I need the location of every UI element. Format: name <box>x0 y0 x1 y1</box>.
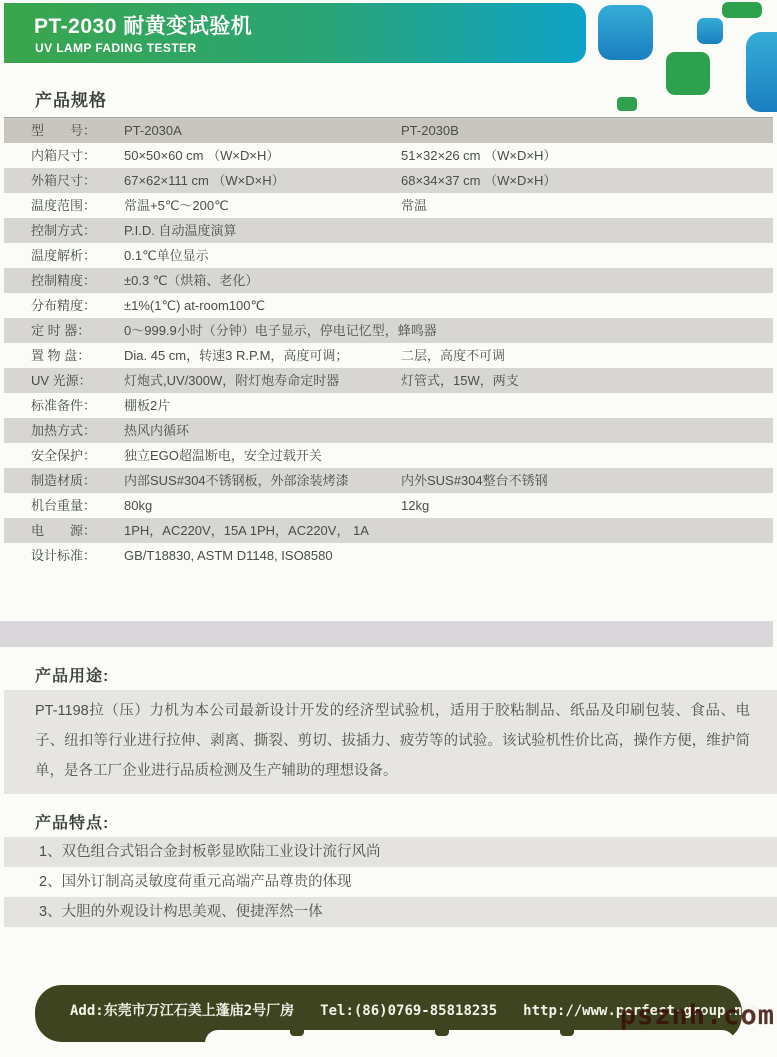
spec-row-value: GB/T18830, ASTM D1148, ISO8580 <box>124 543 401 568</box>
watermark: psznh.com <box>620 1000 775 1031</box>
spec-row-label: 温度解析： <box>4 243 124 268</box>
spec-row-value: 80kg <box>124 493 401 518</box>
footer-address: Add:东莞市万江石美上蓬庙2号厂房 <box>70 1003 294 1019</box>
spec-row-value: ±1%(1℃) at-room100℃ <box>124 293 401 318</box>
spec-row-value: ±0.3 ℃（烘箱、老化） <box>124 268 401 293</box>
spec-row-value: 1PH，AC220V，15A 1PH，AC220V， 1A <box>124 518 401 543</box>
spec-row-value: 棚板2片 <box>124 393 401 418</box>
spec-row-value: 50×50×60 cm （W×D×H） <box>124 143 401 168</box>
features-section: 产品特点: 1、双色组合式铝合金封板彰显欧陆工业设计流行风尚2、国外订制高灵敏度… <box>4 810 777 927</box>
spec-row-value: PT-2030A <box>124 118 401 143</box>
spec-row-value: 热风内循环 <box>124 418 401 443</box>
spec-row-value: PT-2030B <box>401 118 773 143</box>
spec-row-value: 独立EGO超温断电，安全过载开关 <box>124 443 401 468</box>
footer-notch <box>205 1030 735 1043</box>
spec-row: 控制精度：±0.3 ℃（烘箱、老化） <box>4 268 773 293</box>
spec-row-label: 置 物 盘： <box>4 343 124 368</box>
spec-row-value: 内外SUS#304整台不锈钢 <box>401 468 773 493</box>
spec-row-value: 二层，高度不可调 <box>401 343 773 368</box>
spec-row: 型 号：PT-2030APT-2030B <box>4 118 773 143</box>
spec-row-value: 0～999.9小时（分钟）电子显示，停电记忆型，蜂鸣器 <box>124 318 401 343</box>
spec-row: 温度解析：0.1℃单位显示 <box>4 243 773 268</box>
spec-row-value: 51×32×26 cm （W×D×H） <box>401 143 773 168</box>
spec-row-label: 标准备件： <box>4 393 124 418</box>
spec-row-value: Dia. 45 cm，转速3 R.P.M，高度可调； <box>124 343 401 368</box>
spec-row: 加热方式：热风内循环 <box>4 418 773 443</box>
spec-row: 外箱尺寸：67×62×111 cm （W×D×H）68×34×37 cm （W×… <box>4 168 773 193</box>
spec-row: 控制方式：P.I.D. 自动温度演算 <box>4 218 773 243</box>
spec-row-label: 型 号： <box>4 118 124 143</box>
spec-row-label: 设计标准： <box>4 543 124 568</box>
spec-row-label: 加热方式： <box>4 418 124 443</box>
spec-row-label: 控制精度： <box>4 268 124 293</box>
spec-row-label: 控制方式： <box>4 218 124 243</box>
spec-table: 型 号：PT-2030APT-2030B内箱尺寸：50×50×60 cm （W×… <box>4 117 773 568</box>
specs-heading: 产品规格 <box>35 86 777 111</box>
spec-row-value: 12kg <box>401 493 773 518</box>
spec-row: 机台重量：80kg12kg <box>4 493 773 518</box>
spec-row-label: 外箱尺寸： <box>4 168 124 193</box>
spec-row-value: 常温 <box>401 193 773 218</box>
footer-tel: Tel:(86)0769-85818235 <box>320 1003 497 1019</box>
spec-row-label: 安全保护： <box>4 443 124 468</box>
spec-row: 安全保护：独立EGO超温断电，安全过载开关 <box>4 443 773 468</box>
spec-row-value: 0.1℃单位显示 <box>124 243 401 268</box>
spec-row-label: 机台重量： <box>4 493 124 518</box>
spec-row: 置 物 盘：Dia. 45 cm，转速3 R.P.M，高度可调；二层，高度不可调 <box>4 343 773 368</box>
spec-row-value: 内部SUS#304不锈钢板，外部涂装烤漆 <box>124 468 401 493</box>
spec-row: 标准备件：棚板2片 <box>4 393 773 418</box>
spec-row-value: P.I.D. 自动温度演算 <box>124 218 401 243</box>
document-page: PT-2030 耐黄变试验机 UV LAMP FADING TESTER 产品规… <box>0 0 777 1057</box>
feature-item: 3、大胆的外观设计构思美观、便捷浑然一体 <box>4 897 777 927</box>
feature-item: 2、国外订制高灵敏度荷重元高端产品尊贵的体现 <box>4 867 777 897</box>
spec-row-value: 67×62×111 cm （W×D×H） <box>124 168 401 193</box>
spec-row-label: 温度范围： <box>4 193 124 218</box>
footer-tab <box>290 1028 304 1036</box>
spec-row-label: 分布精度： <box>4 293 124 318</box>
spec-row-label: 制造材质： <box>4 468 124 493</box>
usage-paragraph: PT-1198拉（压）力机为本公司最新设计开发的经济型试验机，适用于胶粘制品、纸… <box>4 690 777 794</box>
main-content: 产品规格 型 号：PT-2030APT-2030B内箱尺寸：50×50×60 c… <box>0 0 777 927</box>
footer-tab <box>435 1028 449 1036</box>
spec-row-value: 灯管式，15W，两支 <box>401 368 773 393</box>
section-divider <box>0 621 773 647</box>
spec-row-value: 68×34×37 cm （W×D×H） <box>401 168 773 193</box>
spec-row: 温度范围：常温+5℃～200℃常温 <box>4 193 773 218</box>
spec-row-label: 电 源： <box>4 518 124 543</box>
spec-row: 内箱尺寸：50×50×60 cm （W×D×H）51×32×26 cm （W×D… <box>4 143 773 168</box>
footer-tab <box>560 1028 574 1036</box>
spec-row-label: UV 光源： <box>4 368 124 393</box>
spec-row-value: 常温+5℃～200℃ <box>124 193 401 218</box>
spec-row: 电 源：1PH，AC220V，15A 1PH，AC220V， 1A <box>4 518 773 543</box>
spec-row-value: 灯炮式,UV/300W，附灯炮寿命定时器 <box>124 368 401 393</box>
features-heading: 产品特点: <box>35 810 777 833</box>
spec-row: 设计标准：GB/T18830, ASTM D1148, ISO8580 <box>4 543 773 568</box>
spec-row: 制造材质：内部SUS#304不锈钢板，外部涂装烤漆内外SUS#304整台不锈钢 <box>4 468 773 493</box>
spec-row: 定 时 器：0～999.9小时（分钟）电子显示，停电记忆型，蜂鸣器 <box>4 318 773 343</box>
spec-row: 分布精度：±1%(1℃) at-room100℃ <box>4 293 773 318</box>
features-list: 1、双色组合式铝合金封板彰显欧陆工业设计流行风尚2、国外订制高灵敏度荷重元高端产… <box>4 837 777 927</box>
spec-row-label: 定 时 器： <box>4 318 124 343</box>
usage-section: 产品用途: PT-1198拉（压）力机为本公司最新设计开发的经济型试验机，适用于… <box>4 663 777 794</box>
feature-item: 1、双色组合式铝合金封板彰显欧陆工业设计流行风尚 <box>4 837 777 867</box>
spec-row: UV 光源：灯炮式,UV/300W，附灯炮寿命定时器灯管式，15W，两支 <box>4 368 773 393</box>
spec-row-label: 内箱尺寸： <box>4 143 124 168</box>
usage-heading: 产品用途: <box>35 663 777 686</box>
